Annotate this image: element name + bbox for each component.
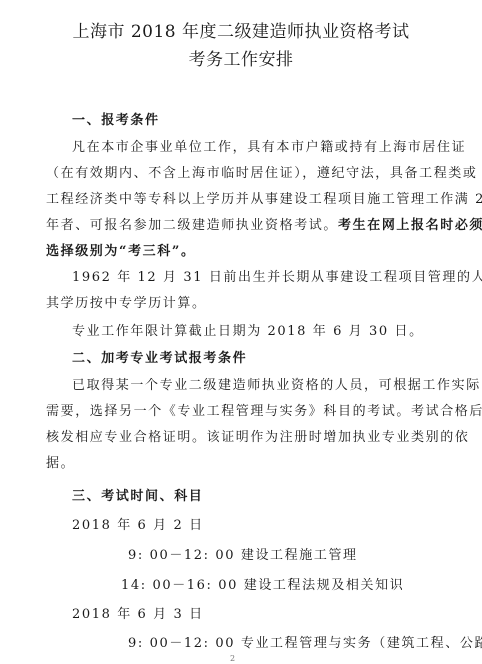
section-1-bold-notice: 考生在网上报名时必须 [338,218,482,233]
section-2-heading: 二、加考专业考试报考条件 [72,351,247,367]
exam-session: 14: 00－16: 00 建设工程法规及相关知识 [121,578,404,594]
section-1-heading: 一、报考条件 [72,113,160,129]
section-3-heading: 三、考试时间、科目 [72,489,203,505]
section-1-paragraph-line: 工程经济类中等专科以上学历并从事建设工程项目施工管理工作满 2 [46,192,482,208]
section-2-paragraph-line: 已取得某一个专业二级建造师执业资格的人员，可根据工作实际 [72,378,481,394]
section-2-paragraph-line: 据。 [46,456,75,472]
section-1-paragraph-line: （在有效期内、不含上海市临时居住证），遵纪守法，具备工程类或 [46,166,478,182]
document-title-line-1: 上海市 2018 年度二级建造师执业资格考试 [0,24,482,40]
section-1-paragraph-line: 凡在本市企事业单位工作，具有本市户籍或持有上海市居住证 [72,140,466,156]
exam-date: 2018 年 6 月 2 日 [72,518,204,534]
document-title-line-2: 考务工作安排 [0,52,482,68]
exam-session: 9: 00－12: 00 专业工程管理与实务（建筑工程、公路 [128,636,482,652]
section-2-paragraph-line: 核发相应专业合格证明。该证明作为注册时增加执业专业类别的依 [46,430,469,446]
section-1-paragraph-2-line: 其学历按中专学历计算。 [46,296,207,312]
section-1-paragraph-3: 专业工作年限计算截止日期为 2018 年 6 月 30 日。 [72,324,424,340]
section-1-paragraph-line: 年者、可报名参加二级建造师执业资格考试。考生在网上报名时必须 [46,218,482,234]
section-1-paragraph-2-line: 1962 年 12 月 31 日前出生并长期从事建设工程项目管理的人员， [72,270,482,286]
exam-date: 2018 年 6 月 3 日 [72,607,204,623]
page-number: 2 [230,654,235,663]
exam-session: 9: 00－12: 00 建设工程施工管理 [128,548,358,564]
section-2-paragraph-line: 需要，选择另一个《专业工程管理与实务》科目的考试。考试合格后 [46,404,482,420]
section-1-bold-notice-end: 选择级别为“考三科”。 [46,244,196,260]
section-1-paragraph-text: 年者、可报名参加二级建造师执业资格考试。 [46,218,338,233]
